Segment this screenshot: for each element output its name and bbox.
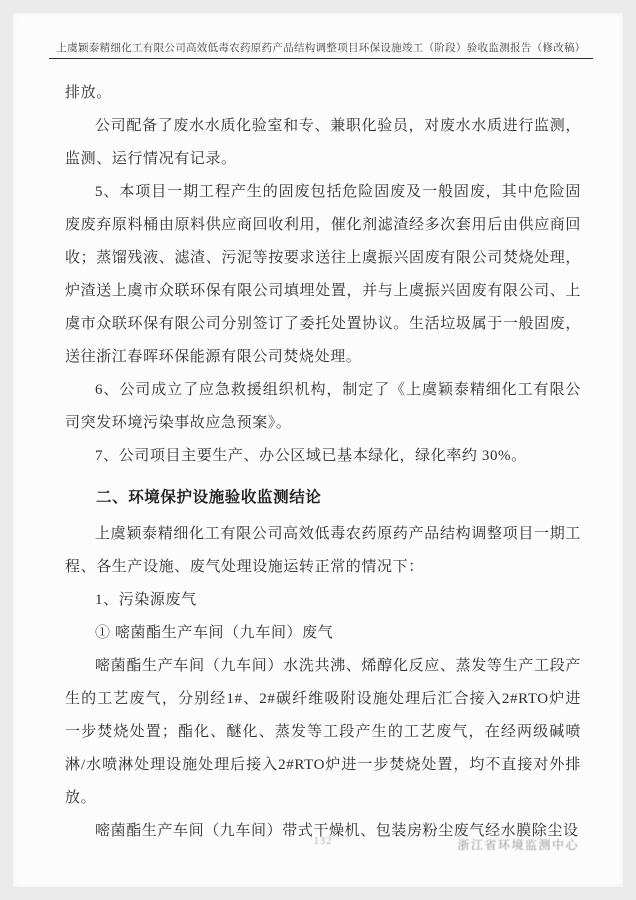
paragraph-item-7-greening: 7、公司项目主要生产、办公区域已基本绿化，绿化率约 30%。 bbox=[65, 440, 581, 473]
scan-content: 上虞颖泰精细化工有限公司高效低毒农药原药产品结构调整项目环保设施竣工（阶段）验收… bbox=[13, 13, 623, 887]
subheading-pollution-source-gas: 1、污染源废气 bbox=[65, 584, 581, 617]
footer-organization: 浙江省环境监测中心 bbox=[457, 836, 579, 853]
subheading-workshop-9-gas: ① 嘧菌酯生产车间（九车间）废气 bbox=[65, 617, 581, 650]
document-body: 排放。 公司配备了废水水质化验室和专、兼职化验员，对废水水质进行监测，监测、运行… bbox=[65, 77, 581, 848]
paragraph-item-6-emergency-plan: 6、公司成立了应急救援组织机构，制定了《上虞颖泰精细化工有限公司突发环境污染事故… bbox=[65, 374, 581, 440]
header-rule bbox=[49, 58, 593, 59]
page-footer: 132 浙江省环境监测中心 bbox=[65, 836, 581, 858]
paragraph-item-5-solid-waste: 5、本项目一期工程产生的固废包括危险固废及一般固废，其中危险固废废弃原料桶由原料… bbox=[65, 176, 581, 374]
running-header-title: 上虞颖泰精细化工有限公司高效低毒农药原药产品结构调整项目环保设施竣工（阶段）验收… bbox=[49, 40, 593, 55]
paragraph-rto-treatment: 嘧菌酯生产车间（九车间）水洗共沸、烯醇化反应、蒸发等生产工段产生的工艺废气，分别… bbox=[65, 650, 581, 815]
running-header: 上虞颖泰精细化工有限公司高效低毒农药原药产品结构调整项目环保设施竣工（阶段）验收… bbox=[49, 40, 593, 67]
scanned-document-page: 上虞颖泰精细化工有限公司高效低毒农药原药产品结构调整项目环保设施竣工（阶段）验收… bbox=[13, 13, 623, 887]
paragraph-wastewater-lab: 公司配备了废水水质化验室和专、兼职化验员，对废水水质进行监测，监测、运行情况有记… bbox=[65, 110, 581, 176]
section-heading-conclusion: 二、环境保护设施验收监测结论 bbox=[65, 481, 581, 514]
paragraph-section-intro: 上虞颖泰精细化工有限公司高效低毒农药原药产品结构调整项目一期工程、各生产设施、废… bbox=[65, 518, 581, 584]
paragraph-continuation: 排放。 bbox=[65, 77, 581, 110]
